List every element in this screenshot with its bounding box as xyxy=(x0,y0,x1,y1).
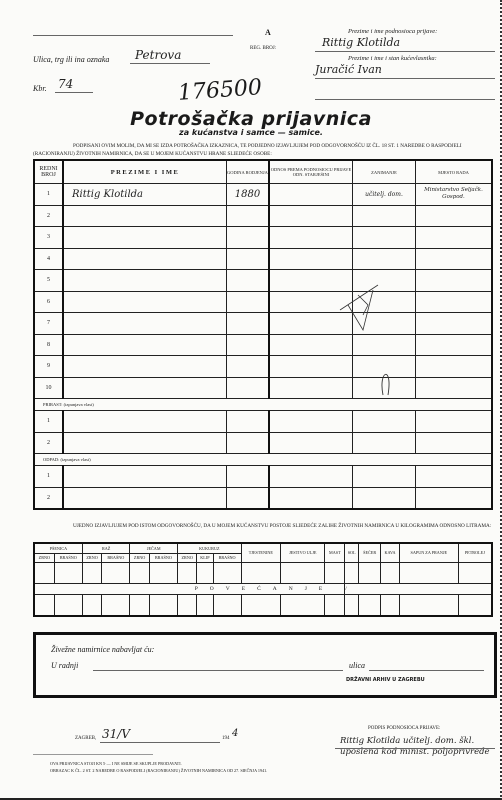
relation[interactable] xyxy=(269,466,353,488)
person-name[interactable] xyxy=(63,313,227,335)
table-row: 7 xyxy=(34,313,492,335)
person-name[interactable] xyxy=(63,248,227,270)
cell[interactable] xyxy=(241,562,280,583)
table-row: 2 xyxy=(34,205,492,227)
col-header-number: REDNI BROJ xyxy=(34,160,63,184)
relation[interactable] xyxy=(269,487,353,509)
cell[interactable] xyxy=(82,594,101,616)
row-number: 6 xyxy=(34,291,63,313)
table-row: 2 xyxy=(34,432,492,454)
cell[interactable] xyxy=(281,562,325,583)
cell[interactable] xyxy=(177,594,196,616)
sub-cob: KLIP xyxy=(197,553,213,562)
cell[interactable] xyxy=(359,594,381,616)
house-number-line xyxy=(55,92,93,93)
workplace[interactable] xyxy=(416,291,493,313)
workplace[interactable] xyxy=(416,356,493,378)
birth-year[interactable]: 1880 xyxy=(227,184,270,206)
sub-flour: BRAŠNO xyxy=(102,553,130,562)
shop-label: U radnji xyxy=(51,661,78,670)
shop-street-label: ulica xyxy=(349,661,365,670)
relation[interactable] xyxy=(269,411,353,433)
table-row: 4 xyxy=(34,248,492,270)
col-corn: KUKURUZ xyxy=(177,543,241,553)
relation[interactable] xyxy=(269,432,353,454)
birth-year[interactable] xyxy=(227,227,270,249)
table-row: 1 Rittig Klotilda 1880 učitelj. dom. Min… xyxy=(34,184,492,206)
col-soap: SAPUN ZA PRANJE xyxy=(399,543,458,562)
sub-flour: BRAŠNO xyxy=(149,553,177,562)
row-number: 1 xyxy=(34,466,63,488)
price-note: OVA PRIJAVNICA STOJI KN 5·— I NE SMIJE S… xyxy=(50,760,340,767)
blank-line xyxy=(33,35,233,36)
workplace[interactable] xyxy=(416,432,493,454)
col-pasta: TJESTENINE xyxy=(241,543,280,562)
supplies-increase-row xyxy=(34,594,492,616)
person-name[interactable] xyxy=(63,205,227,227)
cell[interactable] xyxy=(197,562,213,583)
workplace[interactable] xyxy=(416,313,493,335)
table-row: 3 xyxy=(34,227,492,249)
relation[interactable] xyxy=(269,184,353,206)
shop-input-line[interactable] xyxy=(93,670,343,671)
cell[interactable] xyxy=(381,562,400,583)
street-line xyxy=(130,63,210,64)
cell[interactable] xyxy=(213,594,241,616)
cell[interactable] xyxy=(102,594,130,616)
col-coffee: KAVA xyxy=(381,543,400,562)
shop-heading: Živežne namirnice nabavljat ću: xyxy=(51,645,154,654)
cell[interactable] xyxy=(399,562,458,583)
col-salt: SOL xyxy=(345,543,359,562)
person-name[interactable] xyxy=(63,356,227,378)
person-name[interactable] xyxy=(63,411,227,433)
increase-mark: / xyxy=(345,583,492,594)
person-name[interactable] xyxy=(63,466,227,488)
workplace[interactable] xyxy=(416,334,493,356)
street-value[interactable]: Petrova xyxy=(135,48,181,62)
col-rye: RAŽ xyxy=(82,543,130,553)
series-letter: A xyxy=(265,28,271,37)
row-number: 7 xyxy=(34,313,63,335)
cell[interactable] xyxy=(102,562,130,583)
table-row: 8 xyxy=(34,334,492,356)
table-row: 1 xyxy=(34,411,492,433)
person-name[interactable] xyxy=(63,432,227,454)
occupation[interactable] xyxy=(353,227,416,249)
row-number: 5 xyxy=(34,270,63,292)
workplace[interactable]: Ministarstvo Seljačk. Gospod. xyxy=(416,184,493,206)
supplies-row xyxy=(34,562,492,583)
cell[interactable] xyxy=(130,562,149,583)
row-number: 2 xyxy=(34,205,63,227)
supplies-declaration: UJEDNO IZJAVLJUJEM POD ISTOM ODGOVORNOŠĆ… xyxy=(33,522,498,530)
cell[interactable] xyxy=(197,594,213,616)
workplace[interactable] xyxy=(416,227,493,249)
cell[interactable] xyxy=(241,594,280,616)
sub-grain: ZRNO xyxy=(34,553,54,562)
cell[interactable] xyxy=(458,594,492,616)
signature-value[interactable]: Rittig Klotilda učitelj. dom. škl. uposl… xyxy=(340,736,500,758)
footer-divider xyxy=(33,754,153,755)
col-header-name: PREZIME I IME xyxy=(63,160,227,184)
col-petroleum: PETROLEJ xyxy=(458,543,492,562)
date-value[interactable]: 31/V xyxy=(102,727,130,741)
table-row: 2 xyxy=(34,487,492,509)
person-name[interactable] xyxy=(63,377,227,399)
birth-year[interactable] xyxy=(227,248,270,270)
ration-application-form: Ulica, trg ili ina oznaka Petrova Kbr. 7… xyxy=(0,0,502,800)
household-members-table: REDNI BROJ PREZIME I IME GODINA RODJENJA… xyxy=(33,159,493,510)
col-edible-oil: JESTIVO ULJE xyxy=(281,543,325,562)
food-supplies-table: PŠENICA RAŽ JEČAM KUKURUZ TJESTENINE JES… xyxy=(33,542,493,617)
col-lard: MAST xyxy=(325,543,345,562)
workplace[interactable] xyxy=(416,466,493,488)
table-row: 1 xyxy=(34,466,492,488)
occupation[interactable] xyxy=(353,248,416,270)
serial-number: 176500 xyxy=(177,75,263,106)
cell[interactable] xyxy=(325,562,345,583)
birth-year[interactable] xyxy=(227,432,270,454)
birth-year[interactable] xyxy=(227,411,270,433)
col-header-relation: ODNOS PREMA PODNOSIOCU PRIJAVE ODN. STAR… xyxy=(269,160,353,184)
row-number: 1 xyxy=(34,184,63,206)
relation[interactable] xyxy=(269,205,353,227)
col-header-birth-year: GODINA RODJENJA xyxy=(227,160,270,184)
form-title: Potrošačka prijavnica xyxy=(0,108,502,130)
person-name[interactable] xyxy=(63,291,227,313)
owner-value[interactable]: Juračić Ivan xyxy=(315,63,382,76)
occupation[interactable] xyxy=(353,205,416,227)
street-label: Ulica, trg ili ina oznaka xyxy=(33,55,109,64)
row-number: 8 xyxy=(34,334,63,356)
applicant-label: Prezime i ime podnosioca prijave: xyxy=(348,28,437,35)
workplace[interactable] xyxy=(416,377,493,399)
occupation[interactable] xyxy=(353,487,416,509)
cell[interactable] xyxy=(359,562,381,583)
year-prefix: 194 xyxy=(222,736,230,741)
signature-label: PODPIS PODNOSIOCA PRIJAVE: xyxy=(368,726,440,731)
person-name[interactable] xyxy=(63,487,227,509)
birth-year[interactable] xyxy=(227,334,270,356)
form-subtitle: za kućanstva i samce — samice. xyxy=(0,128,502,137)
person-name[interactable] xyxy=(63,270,227,292)
archive-stamp: DRŽAVNI ARHIV U ZAGREBU xyxy=(346,677,425,683)
workplace[interactable] xyxy=(416,248,493,270)
table-row: 6 xyxy=(34,291,492,313)
shop-selection-box: Živežne namirnice nabavljat ću: U radnji… xyxy=(33,632,497,698)
birth-year[interactable] xyxy=(227,356,270,378)
birth-year[interactable] xyxy=(227,466,270,488)
place-label: ZAGREB, xyxy=(75,736,96,741)
year-value[interactable]: 4 xyxy=(232,728,238,739)
cell[interactable] xyxy=(54,562,82,583)
cell[interactable] xyxy=(281,594,325,616)
person-name[interactable] xyxy=(63,334,227,356)
birth-year[interactable] xyxy=(227,313,270,335)
reg-number-label: REG. BROJ: xyxy=(250,46,276,51)
scribble-mark xyxy=(338,280,398,400)
cell[interactable] xyxy=(458,562,492,583)
birth-year[interactable] xyxy=(227,270,270,292)
owner-label: Prezime i ime i stan kućevlasnika: xyxy=(348,55,437,62)
row-number: 2 xyxy=(34,432,63,454)
birth-year[interactable] xyxy=(227,487,270,509)
workplace[interactable] xyxy=(416,487,493,509)
row-number: 10 xyxy=(34,377,63,399)
owner-line-2 xyxy=(315,99,495,100)
occupation[interactable] xyxy=(353,466,416,488)
table-row: 5 xyxy=(34,270,492,292)
person-name[interactable] xyxy=(63,227,227,249)
col-wheat: PŠENICA xyxy=(34,543,82,553)
shop-street-input-line[interactable] xyxy=(369,670,484,671)
cell[interactable] xyxy=(325,594,345,616)
sub-grain: ZRNO xyxy=(177,553,196,562)
applicant-value[interactable]: Rittig Klotilda xyxy=(322,36,400,49)
declaration-text: PODPISANI OVIM MOLIM, DA MI SE IZDA POTR… xyxy=(33,142,498,158)
sub-flour: BRAŠNO xyxy=(54,553,82,562)
row-number: 3 xyxy=(34,227,63,249)
decrease-section-label: ODPAD: (izpunjava vlast) xyxy=(34,454,492,466)
col-barley: JEČAM xyxy=(130,543,178,553)
col-header-occupation: ZANIMANJE xyxy=(353,160,416,184)
increase-section-label: PRIRAST: (izpunjava vlast) xyxy=(34,399,492,411)
increase-row-label: POVEĆANJE xyxy=(34,583,345,594)
cell[interactable] xyxy=(213,562,241,583)
cell[interactable] xyxy=(345,562,359,583)
cell[interactable] xyxy=(82,562,101,583)
table-row: 10 xyxy=(34,377,492,399)
relation[interactable] xyxy=(269,227,353,249)
workplace[interactable] xyxy=(416,270,493,292)
form-reference-note: OBRAZAC K ČL. 2 ST. 2 NAREDBE O RASPODJE… xyxy=(50,767,340,774)
sub-grain: ZRNO xyxy=(130,553,149,562)
cell[interactable] xyxy=(34,562,54,583)
workplace[interactable] xyxy=(416,411,493,433)
table-row: 9 xyxy=(34,356,492,378)
birth-year[interactable] xyxy=(227,205,270,227)
birth-year[interactable] xyxy=(227,377,270,399)
occupation[interactable] xyxy=(353,411,416,433)
cell[interactable] xyxy=(130,594,149,616)
sub-flour: BRAŠNO xyxy=(213,553,241,562)
date-line xyxy=(100,742,220,743)
sub-grain: ZRNO xyxy=(82,553,101,562)
col-header-workplace: MJESTO RADA xyxy=(416,160,493,184)
house-number-value[interactable]: 74 xyxy=(58,77,73,91)
row-number: 9 xyxy=(34,356,63,378)
signature-line xyxy=(335,748,495,749)
relation[interactable] xyxy=(269,248,353,270)
birth-year[interactable] xyxy=(227,291,270,313)
person-name[interactable]: Rittig Klotilda xyxy=(63,184,227,206)
cell[interactable] xyxy=(177,562,196,583)
applicant-line xyxy=(315,51,495,52)
cell[interactable] xyxy=(149,562,177,583)
cell[interactable] xyxy=(34,594,54,616)
cell[interactable] xyxy=(399,594,458,616)
footer-notes: OVA PRIJAVNICA STOJI KN 5·— I NE SMIJE S… xyxy=(50,760,340,774)
owner-line-1 xyxy=(315,78,495,79)
row-number: 1 xyxy=(34,411,63,433)
row-number: 2 xyxy=(34,487,63,509)
occupation[interactable]: učitelj. dom. xyxy=(353,184,416,206)
cell[interactable] xyxy=(381,594,400,616)
occupation[interactable] xyxy=(353,432,416,454)
cell[interactable] xyxy=(54,594,82,616)
workplace[interactable] xyxy=(416,205,493,227)
col-sugar: ŠEĆER xyxy=(359,543,381,562)
cell[interactable] xyxy=(149,594,177,616)
row-number: 4 xyxy=(34,248,63,270)
cell[interactable] xyxy=(345,594,359,616)
house-number-label: Kbr. xyxy=(33,84,47,93)
